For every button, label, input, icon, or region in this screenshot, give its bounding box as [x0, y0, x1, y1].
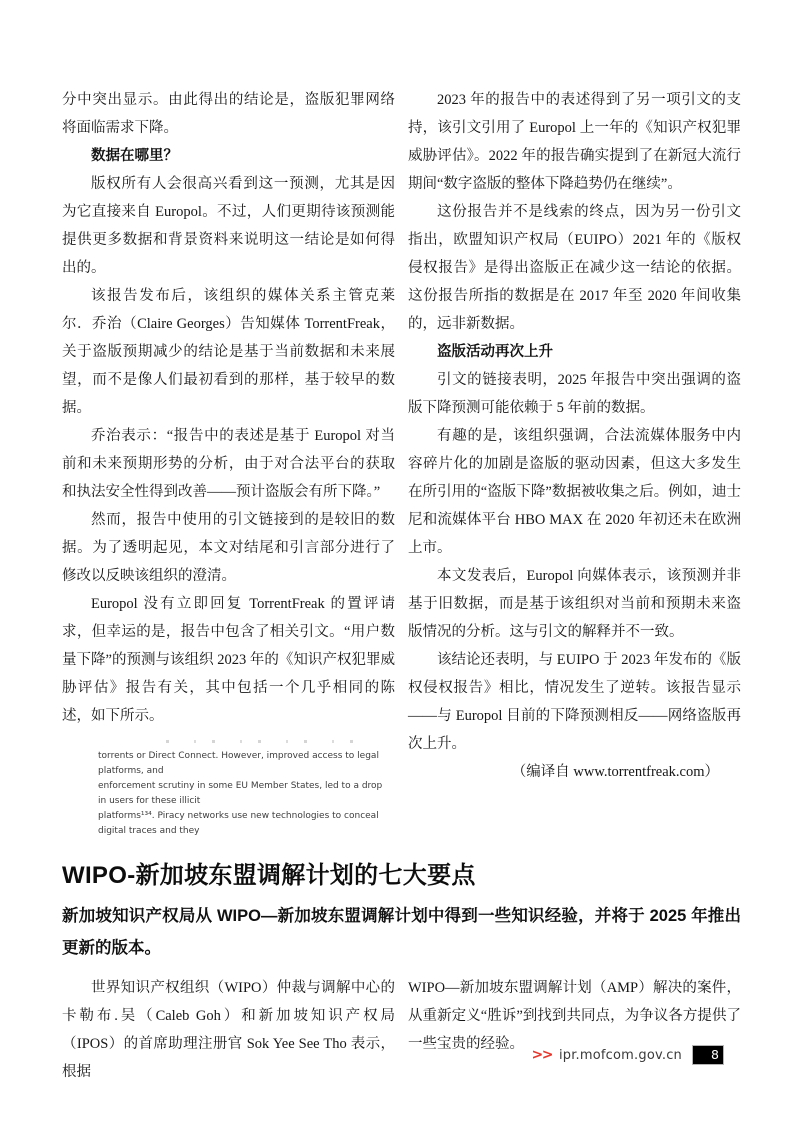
paragraph: 引文的链接表明，2025 年报告中突出强调的盗版下降预测可能依赖于 5 年前的数… [408, 366, 741, 422]
paragraph-continuation: 分中突出显示。由此得出的结论是，盗版犯罪网络将面临需求下降。 [62, 86, 395, 142]
piracy-article: 分中突出显示。由此得出的结论是，盗版犯罪网络将面临需求下降。 数据在哪里？ 版权… [62, 86, 741, 839]
article-deck: 新加坡知识产权局从 WIPO—新加坡东盟调解计划中得到一些知识经验，并将于 20… [62, 900, 741, 964]
wipo-left-column: 世界知识产权组织（WIPO）仲裁与调解中心的卡勒布.吴（Caleb Goh）和新… [62, 974, 395, 1086]
double-chevron-icon: >> [531, 1047, 551, 1063]
paragraph: 乔治表示：“报告中的表述是基于 Europol 对当前和未来预期形势的分析，由于… [62, 422, 395, 506]
paragraph: 然而，报告中使用的引文链接到的是较旧的数据。为了透明起见，本文对结尾和引言部分进… [62, 506, 395, 590]
footer-site-url: ipr.mofcom.gov.cn [559, 1048, 682, 1063]
cropped-text-fragment [150, 740, 369, 743]
paragraph: 世界知识产权组织（WIPO）仲裁与调解中心的卡勒布.吴（Caleb Goh）和新… [62, 974, 395, 1086]
paragraph: 版权所有人会很高兴看到这一预测，尤其是因为它直接来自 Europol。不过，人们… [62, 170, 395, 282]
piracy-right-column: 2023 年的报告中的表述得到了另一项引文的支持，该引文引用了 Europol … [408, 86, 741, 839]
paragraph: 本文发表后，Europol 向媒体表示，该预测并非基于旧数据，而是基于该组织对当… [408, 562, 741, 646]
article-title: WIPO-新加坡东盟调解计划的七大要点 [62, 859, 741, 893]
paragraph: 该报告发布后，该组织的媒体关系主管克莱尔．乔治（Claire Georges）告… [62, 282, 395, 422]
paragraph: 有趣的是，该组织强调，合法流媒体服务中内容碎片化的加剧是盗版的驱动因素，但这大多… [408, 422, 741, 562]
paragraph: Europol 没有立即回复 TorrentFreak 的置评请求，但幸运的是，… [62, 590, 395, 730]
report-excerpt-screenshot: torrents or Direct Connect. However, imp… [98, 740, 390, 839]
page-content: 分中突出显示。由此得出的结论是，盗版犯罪网络将面临需求下降。 数据在哪里？ 版权… [62, 86, 741, 1086]
paragraph: 2023 年的报告中的表述得到了另一项引文的支持，该引文引用了 Europol … [408, 86, 741, 198]
page-number-badge: 8 [693, 1046, 723, 1064]
wipo-article-columns: 世界知识产权组织（WIPO）仲裁与调解中心的卡勒布.吴（Caleb Goh）和新… [62, 974, 741, 1086]
paragraph: 该结论还表明，与 EUIPO 于 2023 年发布的《版权侵权报告》相比，情况发… [408, 646, 741, 758]
page-footer: >> ipr.mofcom.gov.cn 8 [531, 1045, 723, 1065]
document-page: 分中突出显示。由此得出的结论是，盗版犯罪网络将面临需求下降。 数据在哪里？ 版权… [0, 0, 794, 1122]
excerpt-line: torrents or Direct Connect. However, imp… [98, 749, 390, 779]
paragraph: 这份报告并不是线索的终点，因为另一份引文指出，欧盟知识产权局（EUIPO）202… [408, 198, 741, 338]
subheading-where-is-data: 数据在哪里？ [62, 142, 395, 170]
source-attribution: （编译自 www.torrentfreak.com） [408, 758, 741, 786]
wipo-right-column: WIPO—新加坡东盟调解计划（AMP）解决的案件，从重新定义“胜诉”到找到共同点… [408, 974, 741, 1086]
piracy-article-columns: 分中突出显示。由此得出的结论是，盗版犯罪网络将面临需求下降。 数据在哪里？ 版权… [62, 86, 741, 839]
subheading-piracy-rising: 盗版活动再次上升 [408, 338, 741, 366]
piracy-left-column: 分中突出显示。由此得出的结论是，盗版犯罪网络将面临需求下降。 数据在哪里？ 版权… [62, 86, 395, 839]
excerpt-line: platforms¹³⁴. Piracy networks use new te… [98, 809, 390, 839]
excerpt-line: enforcement scrutiny in some EU Member S… [98, 779, 390, 809]
